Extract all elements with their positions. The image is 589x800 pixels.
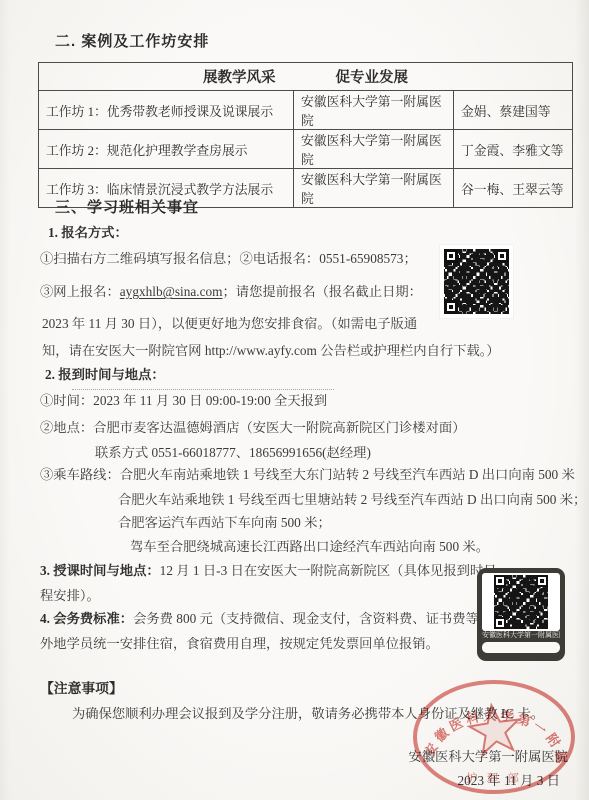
course-text1: 12 月 1 日-3 日在安医大一附院高新院区（具体见报到时日 [160, 563, 497, 578]
workshop-org: 安徽医科大学第一附属医院 [301, 95, 442, 128]
scan-artifact-dots [72, 389, 334, 390]
table-header-row: 展教学风采 促专业发展 [39, 63, 573, 91]
seal-org-text: 安徽医科大学第一附属医院 [408, 676, 570, 768]
registration-email: aygxhlb@sina.com [120, 284, 223, 299]
registration-line4: 知，请在安医大一附院官网 http://www.ayfy.com 公告栏或护理栏… [42, 342, 500, 360]
svg-text:安徽医科大学第一附属医院: 安徽医科大学第一附属医院 [408, 676, 570, 768]
course-line1: 3. 授课时间与地点：12 月 1 日-3 日在安医大一附院高新院区（具体见报到… [40, 562, 497, 580]
qr-finder-icon [444, 249, 458, 263]
workshop-org: 安徽医科大学第一附属医院 [301, 134, 442, 167]
checkin-heading: 2. 报到时间与地点： [45, 366, 165, 384]
registration-line2-suffix: ；请您提前报名（报名截止日期： [223, 284, 422, 299]
table-row: 工作坊 1：优秀带教老师授课及说课展示 安徽医科大学第一附属医院 金娟、蔡建国等 [39, 91, 573, 130]
transport-line4: 驾车至合肥绕城高速长江西路出口途经汽车西站向南 500 米。 [130, 538, 489, 556]
fee-label: 4. 会务费标准： [40, 611, 133, 626]
checkin-location: ②地点：合肥市麦客达温德姆酒店（安医大一附院高新院区门诊楼对面） [40, 419, 466, 437]
qr-badge-bottom-bar [482, 642, 560, 653]
section3-heading: 三、学习班相关事宜 [55, 196, 199, 217]
qr-finder-icon [494, 575, 506, 587]
fee-line1: 4. 会务费标准：会务费 800 元（支持微信、现金支付，含资料费、证书费等）， [40, 610, 499, 628]
workshop-table: 展教学风采 促专业发展 工作坊 1：优秀带教老师授课及说课展示 安徽医科大学第一… [38, 62, 573, 208]
course-line2: 程安排）。 [40, 587, 100, 605]
registration-line1: ①扫描右方二维码填写报名信息；②电话报名：0551-65908573； [40, 250, 417, 268]
section2-heading: 二. 案例及工作坊安排 [55, 30, 209, 51]
fee-text1: 会务费 800 元（支持微信、现金支付，含资料费、证书费等）， [133, 611, 499, 626]
transport-line2: 合肥火车站乘地铁 1 号线至西七里塘站转 2 号线至汽车西站 D 出口向南 50… [118, 491, 586, 509]
registration-line2: ③网上报名：aygxhlb@sina.com；请您提前报名（报名截止日期： [40, 283, 422, 301]
table-row: 工作坊 2：规范化护理教学查房展示 安徽医科大学第一附属医院 丁金霞、李雅文等 [39, 130, 573, 169]
qr-pattern [494, 575, 548, 629]
qr-finder-icon [495, 249, 509, 263]
qr-badge-caption: 安徽医科大学第一附属医院 [482, 631, 560, 641]
scanned-document-page: 二. 案例及工作坊安排 展教学风采 促专业发展 工作坊 1：优秀带教老师授课及说… [0, 0, 589, 800]
registration-line2-prefix: ③网上报名： [40, 284, 120, 299]
registration-line3: 2023 年 11 月 30 日），以便更好地为您安排食宿。（如需电子版通 [42, 315, 417, 333]
workshop-presenters: 丁金霞、李雅文等 [461, 144, 563, 158]
qr-pattern [444, 249, 509, 314]
workshop-presenters: 谷一梅、王翠云等 [461, 183, 563, 197]
workshop-presenters: 金娟、蔡建国等 [461, 105, 551, 119]
registration-heading: 1. 报名方式： [48, 224, 128, 242]
workshop-title: 工作坊 1：优秀带教老师授课及说课展示 [46, 105, 273, 119]
qr-finder-icon [444, 300, 458, 314]
registration-qr-code [440, 245, 513, 318]
table-header-left: 展教学风采 [203, 66, 276, 87]
workshop-title: 工作坊 2：规范化护理教学查房展示 [46, 144, 248, 158]
workshop-title: 工作坊 3：临床情景沉浸式教学方法展示 [46, 183, 273, 197]
hospital-qr-code [482, 573, 560, 631]
qr-finder-icon [494, 617, 506, 629]
notice-heading: 【注意事项】 [40, 680, 123, 698]
checkin-contact: 联系方式 0551-66018777、18656991656(赵经理) [95, 444, 371, 462]
workshop-org: 安徽医科大学第一附属医院 [301, 173, 442, 206]
course-label: 3. 授课时间与地点： [40, 563, 160, 578]
transport-line3: 合肥客运汽车西站下车向南 500 米； [118, 514, 331, 532]
qr-finder-icon [536, 575, 548, 587]
transport-line1: ③乘车路线：合肥火车南站乘地铁 1 号线至大东门站转 2 号线至汽车西站 D 出… [40, 466, 575, 484]
official-seal: 安徽医科大学第一附属医院 护 理 部 [408, 676, 580, 798]
hospital-qr-badge: 安徽医科大学第一附属医院 [477, 568, 565, 661]
checkin-time: ①时间：2023 年 11 月 30 日 09:00-19:00 全天报到 [40, 392, 327, 410]
fee-line2: 外地学员统一安排住宿，食宿费用自理，按规定凭发票回单位报销。 [40, 635, 439, 653]
table-header-right: 促专业发展 [336, 66, 409, 87]
seal-dept-text: 护 理 部 [466, 771, 522, 785]
